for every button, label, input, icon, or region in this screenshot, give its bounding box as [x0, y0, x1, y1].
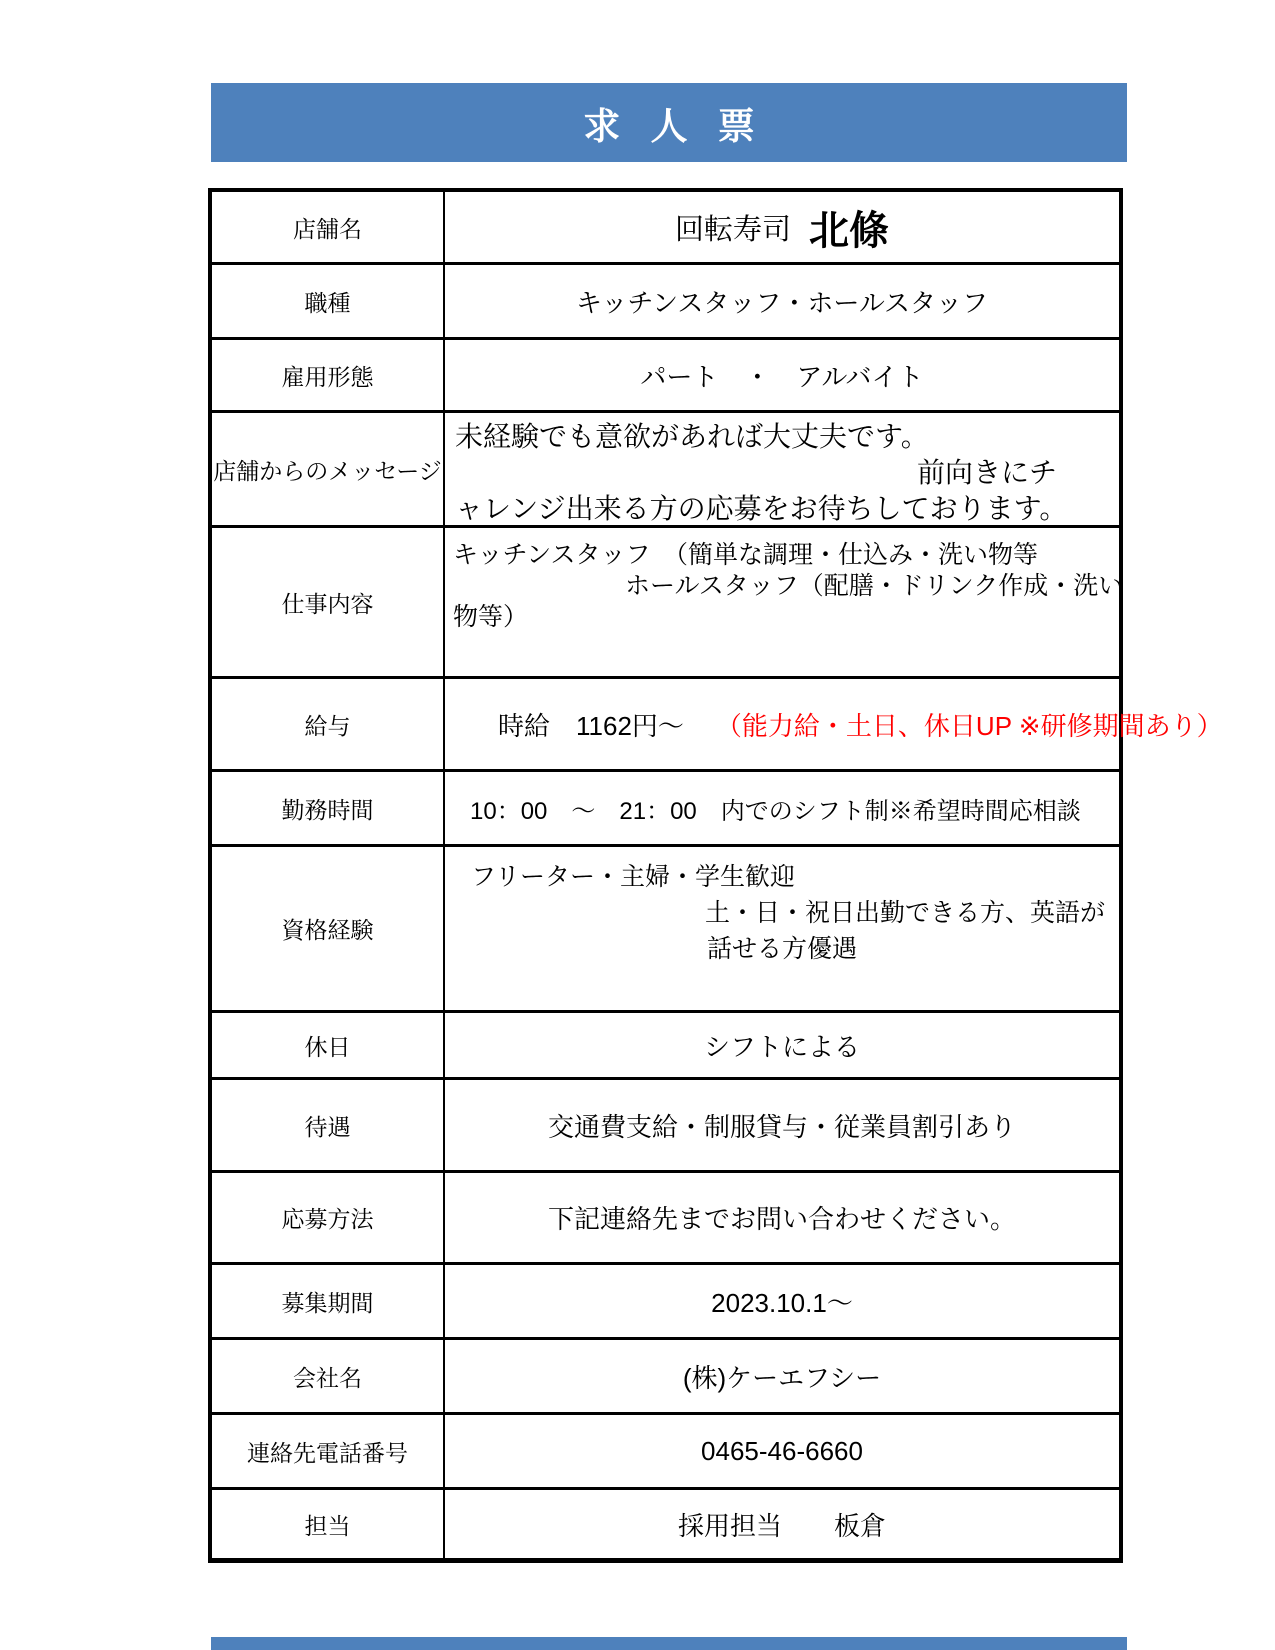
message-line-2: 前向きにチ [455, 455, 1109, 491]
table-row-phone-number: 連絡先電話番号 0465-46-6660 [212, 1415, 1119, 1490]
page-title: 求 人 票 [573, 96, 765, 150]
row-value: 時給 1162円～ （能力給・土日、休日UP ※研修期間あり） [445, 679, 1119, 769]
row-label: 待遇 [212, 1080, 445, 1170]
row-value: フリーター・主婦・学生歓迎 土・日・祝日出勤できる方、英語が 話せる方優遇 [445, 847, 1119, 1010]
row-value: 下記連絡先までお問い合わせください。 [445, 1173, 1119, 1262]
row-value: シフトによる [445, 1013, 1119, 1077]
row-value: 0465-46-6660 [445, 1415, 1119, 1487]
job-desc-line-1: キッチンスタッフ （簡単な調理・仕込み・洗い物等 [453, 540, 1113, 571]
row-value: 未経験でも意欲があれば大丈夫です。 前向きにチ ャレンジ出来る方の応募をお待ちし… [445, 413, 1119, 525]
table-row-job-description: 仕事内容 キッチンスタッフ （簡単な調理・仕込み・洗い物等 ホールスタッフ（配膳… [212, 528, 1119, 679]
table-row-working-hours: 勤務時間 10：00 ～ 21：00 内でのシフト制 ※希望時間応相談 [212, 772, 1119, 847]
qualification-line-2: 土・日・祝日出勤できる方、英語が [445, 895, 1119, 931]
qualification-line-3: 話せる方優遇 [445, 931, 1119, 967]
row-label: 店舗からのメッセージ [212, 413, 445, 525]
job-desc-line-2: ホールスタッフ（配膳・ドリンク作成・洗い [453, 571, 1113, 602]
table-row-job-type: 職種 キッチンスタッフ・ホールスタッフ [212, 265, 1119, 340]
row-value: (株)ケーエフシー [445, 1340, 1119, 1412]
salary-amount: 時給 1162円～ [498, 706, 684, 743]
row-label: 担当 [212, 1490, 445, 1558]
row-label: 仕事内容 [212, 528, 445, 676]
footer-banner [211, 1637, 1127, 1650]
salary-note-red: （能力給・土日、休日UP ※研修期間あり） [716, 706, 1223, 743]
row-value: 回転寿司 北條 [445, 192, 1119, 262]
job-flyer-table: 店舗名 回転寿司 北條 職種 キッチンスタッフ・ホールスタッフ 雇用形態 パート… [208, 188, 1123, 1563]
shop-kind: 回転寿司 [675, 207, 791, 248]
table-row-company-name: 会社名 (株)ケーエフシー [212, 1340, 1119, 1415]
row-value: パート ・ アルバイト [445, 340, 1119, 410]
row-label: 会社名 [212, 1340, 445, 1412]
row-label: 雇用形態 [212, 340, 445, 410]
row-label: 勤務時間 [212, 772, 445, 844]
row-label: 休日 [212, 1013, 445, 1077]
row-label: 職種 [212, 265, 445, 337]
shop-name: 北條 [809, 199, 889, 256]
table-row-holidays: 休日 シフトによる [212, 1013, 1119, 1080]
table-row-employment-type: 雇用形態 パート ・ アルバイト [212, 340, 1119, 413]
table-row-recruitment-period: 募集期間 2023.10.1～ [212, 1265, 1119, 1340]
message-line-3: ャレンジ出来る方の応募をお待ちしております。 [455, 491, 1109, 527]
row-value: 2023.10.1～ [445, 1265, 1119, 1337]
row-value: 交通費支給・制服貸与・従業員割引あり [445, 1080, 1119, 1170]
row-label: 店舗名 [212, 192, 445, 262]
message-line-1: 未経験でも意欲があれば大丈夫です。 [455, 419, 1109, 455]
row-value: 10：00 ～ 21：00 内でのシフト制 ※希望時間応相談 [445, 772, 1119, 844]
table-row-benefits: 待遇 交通費支給・制服貸与・従業員割引あり [212, 1080, 1119, 1173]
header-banner: 求 人 票 [211, 83, 1127, 162]
row-label: 連絡先電話番号 [212, 1415, 445, 1487]
job-desc-line-3: 物等） [453, 602, 1113, 633]
row-value: 採用担当 板倉 [445, 1490, 1119, 1558]
row-label: 資格経験 [212, 847, 445, 1010]
row-label: 募集期間 [212, 1265, 445, 1337]
table-row-store-message: 店舗からのメッセージ 未経験でも意欲があれば大丈夫です。 前向きにチ ャレンジ出… [212, 413, 1119, 528]
job-flyer-page: 求 人 票 店舗名 回転寿司 北條 職種 キッチンスタッフ・ホールスタッフ 雇用… [0, 0, 1275, 1650]
row-label: 給与 [212, 679, 445, 769]
table-row-store-name: 店舗名 回転寿司 北條 [212, 192, 1119, 265]
row-value: キッチンスタッフ （簡単な調理・仕込み・洗い物等 ホールスタッフ（配膳・ドリンク… [445, 528, 1119, 676]
hours-note: ※希望時間応相談 [889, 791, 1081, 826]
qualification-line-1: フリーター・主婦・学生歓迎 [445, 859, 1119, 895]
row-label: 応募方法 [212, 1173, 445, 1262]
table-row-salary: 給与 時給 1162円～ （能力給・土日、休日UP ※研修期間あり） [212, 679, 1119, 772]
hours-shift-text: 10：00 ～ 21：00 内でのシフト制 [470, 791, 889, 826]
table-row-how-to-apply: 応募方法 下記連絡先までお問い合わせください。 [212, 1173, 1119, 1265]
row-value: キッチンスタッフ・ホールスタッフ [445, 265, 1119, 337]
table-row-contact-person: 担当 採用担当 板倉 [212, 1490, 1119, 1558]
table-row-qualifications: 資格経験 フリーター・主婦・学生歓迎 土・日・祝日出勤できる方、英語が 話せる方… [212, 847, 1119, 1013]
